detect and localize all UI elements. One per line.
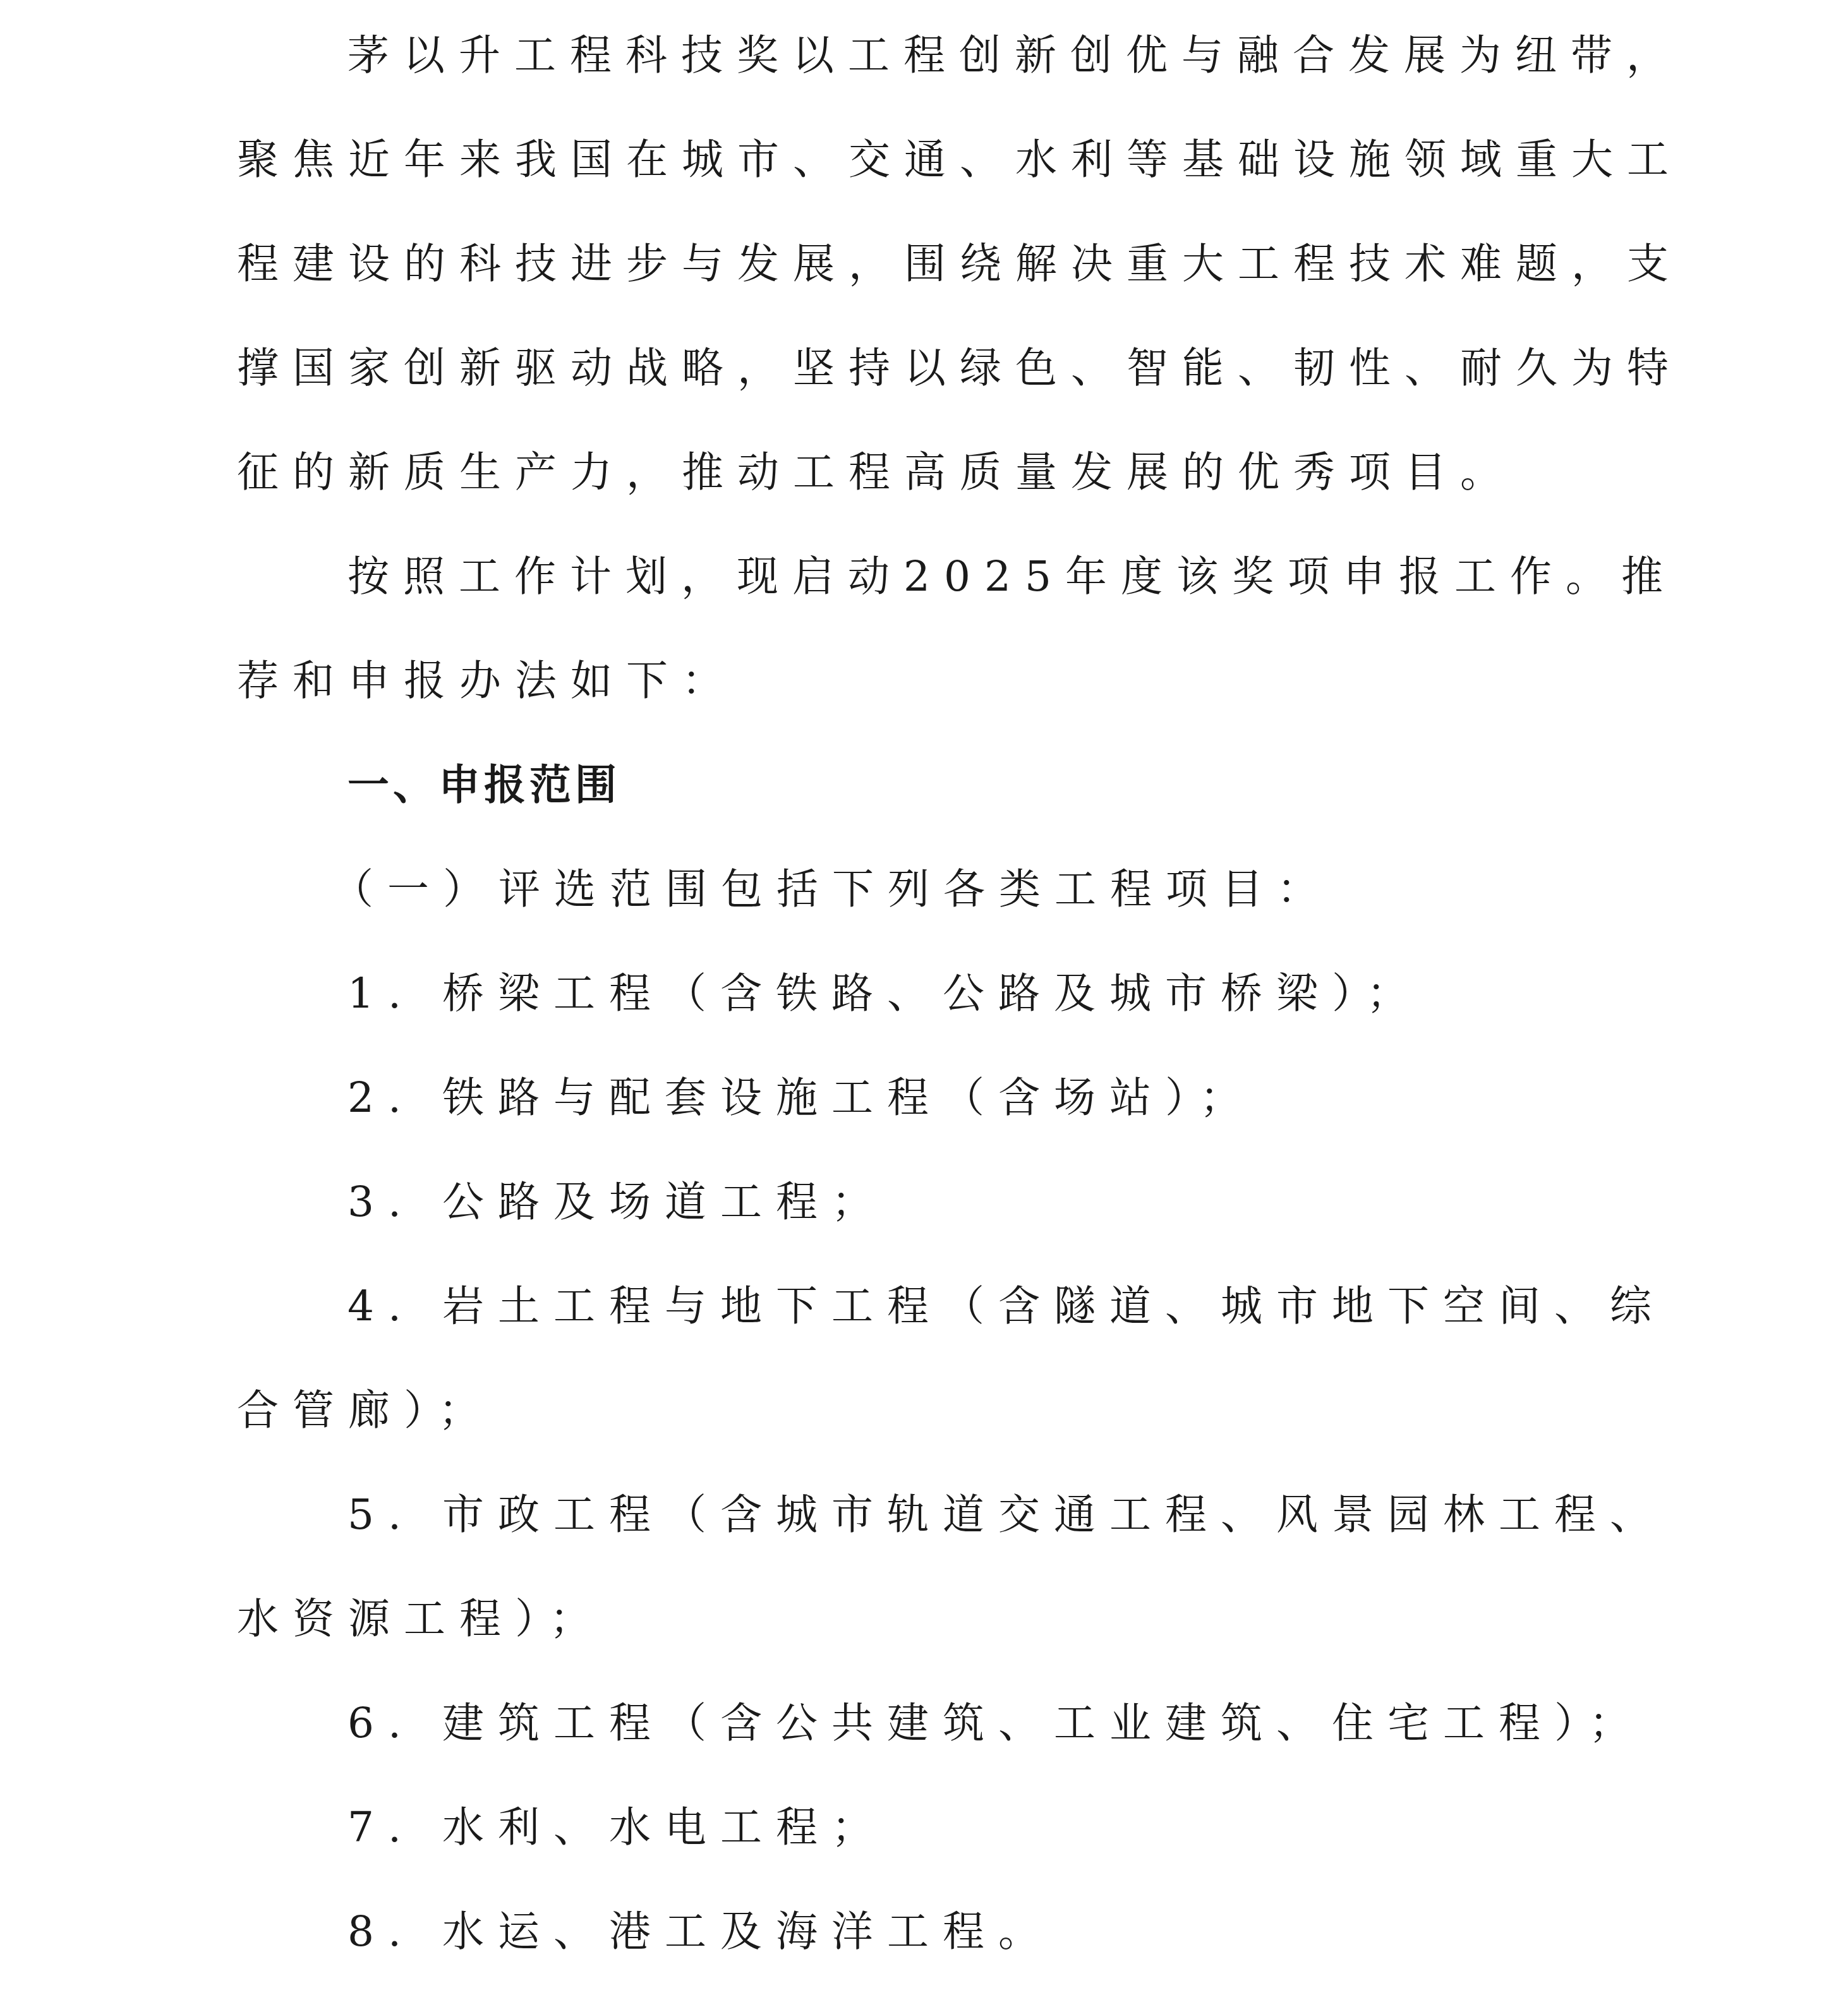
- paragraph-1-line-3: 程建设的科技进步与发展，围绕解决重大工程技术难题，支: [237, 239, 1682, 289]
- list-item-7: 7. 水利、水电工程；: [347, 1802, 887, 1853]
- list-item-4-line-1: 4. 岩土工程与地下工程（含隧道、城市地下空间、综: [347, 1281, 1665, 1332]
- paragraph-1-line-4: 撑国家创新驱动战略，坚持以绿色、智能、韧性、耐久为特: [237, 343, 1682, 394]
- paragraph-2-line-1: 按照工作计划，现启动2025年度该奖项申报工作。推: [347, 551, 1677, 602]
- list-item-5-line-1: 5. 市政工程（含城市轨道交通工程、风景园林工程、: [347, 1490, 1665, 1540]
- list-item-2: 2. 铁路与配套设施工程（含场站）；: [347, 1073, 1255, 1123]
- list-item-6: 6. 建筑工程（含公共建筑、工业建筑、住宅工程）；: [347, 1698, 1645, 1749]
- paragraph-1-line-1: 茅以升工程科技奖以工程创新创优与融合发展为纽带，: [347, 30, 1682, 81]
- list-item-8: 8. 水运、港工及海洋工程。: [347, 1907, 1054, 1957]
- paragraph-1-line-2: 聚焦近年来我国在城市、交通、水利等基础设施领域重大工: [237, 135, 1682, 185]
- paragraph-2-line-2: 荐和申报办法如下：: [237, 656, 737, 706]
- list-item-3: 3. 公路及场道工程；: [347, 1177, 887, 1227]
- paragraph-1-line-5: 征的新质生产力，推动工程高质量发展的优秀项目。: [237, 447, 1516, 498]
- list-item-4-line-2: 合管廊）；: [237, 1385, 494, 1436]
- section-heading: 一、申报范围: [347, 760, 620, 811]
- subsection-heading: （一）评选范围包括下列各类工程项目：: [332, 864, 1332, 915]
- list-item-1: 1. 桥梁工程（含铁路、公路及城市桥梁）；: [347, 968, 1422, 1019]
- list-item-5-line-2: 水资源工程）；: [237, 1594, 605, 1644]
